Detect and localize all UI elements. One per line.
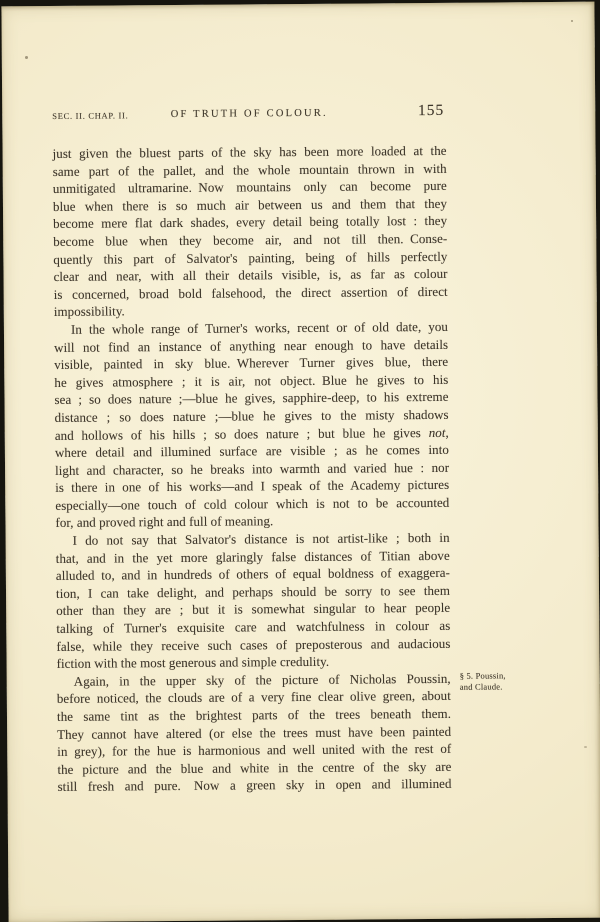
- scanned-page-frame: SEC. II. CHAP. II. OF TRUTH OF COLOUR. 1…: [0, 0, 600, 922]
- book-page: SEC. II. CHAP. II. OF TRUTH OF COLOUR. 1…: [1, 2, 600, 922]
- text-line: is concerned, broad bold falsehood, the …: [54, 283, 448, 304]
- margin-note: § 5. Poussin, and Claude.: [460, 670, 575, 692]
- page-number: 155: [418, 102, 444, 120]
- running-header-section: SEC. II. CHAP. II.: [52, 110, 128, 121]
- text-line: especially—one touch of cold colour whic…: [55, 494, 449, 515]
- page-content: SEC. II. CHAP. II. OF TRUTH OF COLOUR. 1…: [52, 101, 451, 796]
- paragraph-3: I do not say that Salvator's distance is…: [56, 529, 451, 673]
- paragraph-2: In the whole range of Turner's works, re…: [54, 318, 450, 532]
- body-text: just given the bluest parts of the sky h…: [53, 142, 452, 796]
- running-header: SEC. II. CHAP. II. OF TRUTH OF COLOUR. 1…: [52, 101, 446, 122]
- text-line: false, while they receive such cases of …: [56, 634, 450, 655]
- margin-note-line: and Claude.: [460, 680, 575, 691]
- text-line: still fresh and pure. Now a green sky in…: [57, 775, 451, 796]
- paragraph-4: Again, in the upper sky of the picture o…: [57, 670, 452, 796]
- running-header-title: OF TRUTH OF COLOUR.: [171, 108, 328, 120]
- scan-speck: [571, 20, 573, 22]
- scan-speck: [25, 56, 28, 59]
- paragraph-1: just given the bluest parts of the sky h…: [53, 142, 448, 321]
- scan-speck: [584, 746, 587, 748]
